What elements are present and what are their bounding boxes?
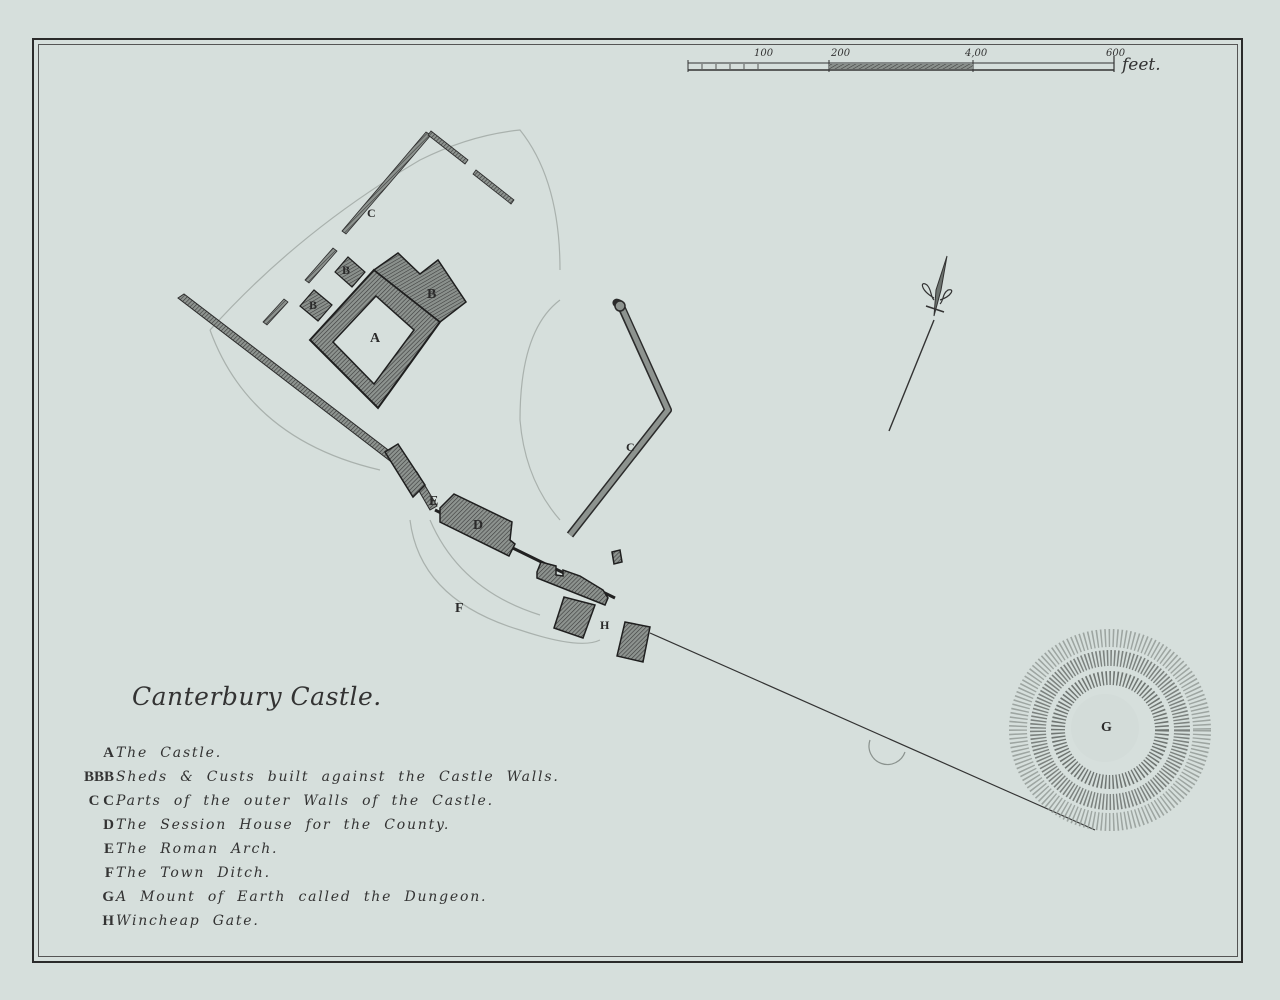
label-c-upper: C [367,206,376,221]
legend-key: BBB [70,769,114,786]
legend-text: The Roman Arch. [116,841,278,857]
legend-text: The Castle. [116,745,222,761]
legend-key: D [70,817,114,834]
label-h: H [600,618,609,633]
label-b-lower: B [309,298,317,313]
scale-tick-200: 200 [831,48,850,59]
legend-item-e: EThe Roman Arch. [70,838,560,862]
wincheap-gate-h [617,622,650,662]
legend-item-f: FThe Town Ditch. [70,862,560,886]
legend-key: G [70,889,114,906]
fleur-de-lis-north-arrow-icon [889,256,952,431]
outer-wall-c-right [570,301,668,535]
legend-item-g: GA Mount of Earth called the Dungeon. [70,886,560,910]
legend-item-h: HWincheap Gate. [70,910,560,934]
scale-unit: feet. [1122,55,1161,75]
label-c-right: C [626,440,635,455]
scale-tick-100: 100 [754,48,773,59]
label-a: A [370,331,380,347]
label-f: F [455,601,464,617]
legend-key: A [70,745,114,762]
legend-key: C C [70,793,114,810]
label-d: D [473,518,483,534]
legend: AThe Castle. BBBSheds & Custs built agai… [70,742,560,934]
legend-key: H [70,913,114,930]
legend-key: F [70,865,114,882]
legend-text: Wincheap Gate. [116,913,260,929]
label-e: E [429,494,438,510]
legend-item-a: AThe Castle. [70,742,560,766]
legend-text: The Session House for the County. [116,817,450,833]
scale-bar [688,56,1114,72]
map-plate: 100 200 4,00 600 feet. A B B B C C D E F… [0,0,1280,1000]
bailey-outline [210,130,905,765]
legend-item-d: DThe Session House for the County. [70,814,560,838]
label-b-main: B [427,287,436,303]
legend-text: The Town Ditch. [116,865,271,881]
map-title: Canterbury Castle. [132,682,382,711]
legend-text: Sheds & Custs built against the Castle W… [116,769,560,785]
castle-keep [300,253,466,408]
legend-item-cc: C CParts of the outer Walls of the Castl… [70,790,560,814]
label-b-upper: B [342,263,350,278]
label-g: G [1101,720,1112,736]
legend-text: Parts of the outer Walls of the Castle. [116,793,494,809]
legend-item-bbb: BBBSheds & Custs built against the Castl… [70,766,560,790]
legend-text: A Mount of Earth called the Dungeon. [116,889,487,905]
scale-tick-400: 4,00 [965,48,987,59]
legend-key: E [70,841,114,858]
